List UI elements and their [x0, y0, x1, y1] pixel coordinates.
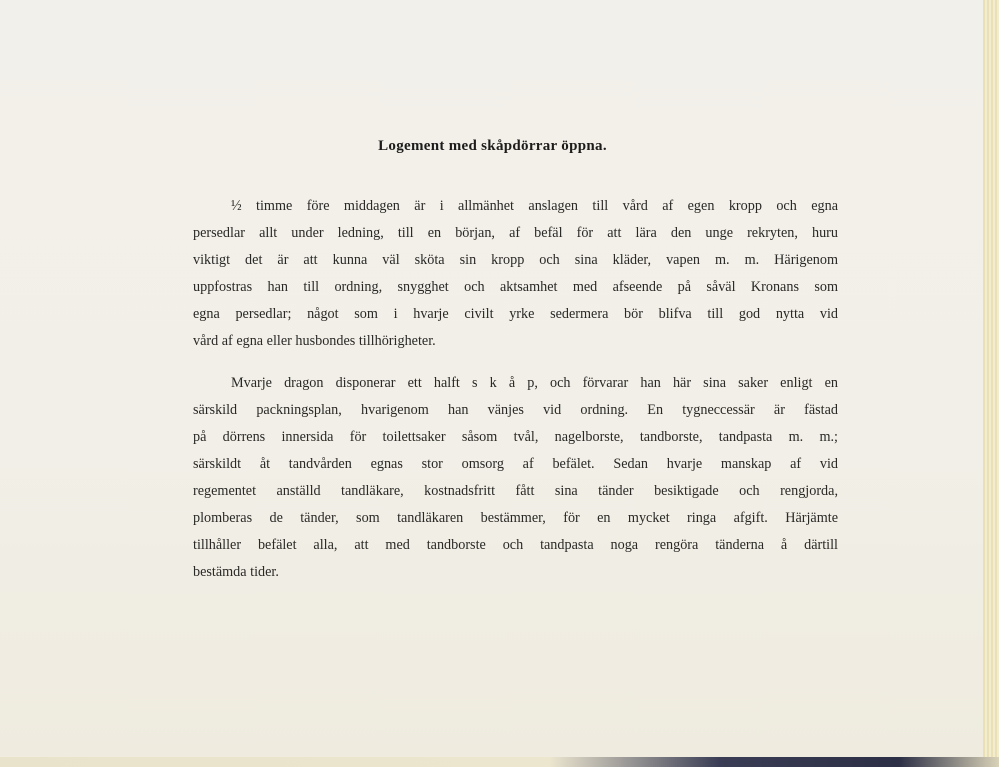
paragraph-1: ½ timme före middagen är i allmänhet ans… [193, 193, 838, 355]
text-line: egna persedlar; något som i hvarje civil… [193, 301, 838, 328]
text-line: på dörrens innersida för toilettsaker så… [193, 424, 838, 451]
text-line: viktigt det är att kunna väl sköta sin k… [193, 247, 838, 274]
text-line: persedlar allt under ledning, till en bö… [193, 220, 838, 247]
text-line: vård af egna eller husbondes tillhörighe… [193, 328, 838, 355]
paragraph-2: Mvarje dragon disponerar ett halft s k å… [193, 370, 838, 586]
page-title: Logement med skåpdörrar öppna. [0, 138, 985, 155]
text-line: särskildt åt tandvården egnas stor omsor… [193, 451, 838, 478]
page-edge-right [983, 0, 999, 767]
text-line: tillhåller befälet alla, att med tandbor… [193, 532, 838, 559]
text-line: särskild packningsplan, hvarigenom han v… [193, 397, 838, 424]
text-line: plomberas de tänder, som tandläkaren bes… [193, 505, 838, 532]
scanned-page: Logement med skåpdörrar öppna. ½ timme f… [0, 0, 985, 758]
page-edge-bottom [0, 757, 999, 767]
text-line: uppfostras han till ordning, snygghet oc… [193, 274, 838, 301]
text-line: ½ timme före middagen är i allmänhet ans… [193, 193, 838, 220]
text-line: regementet anställd tandläkare, kostnads… [193, 478, 838, 505]
text-line: Mvarje dragon disponerar ett halft s k å… [193, 370, 838, 397]
text-line: bestämda tider. [193, 559, 838, 586]
